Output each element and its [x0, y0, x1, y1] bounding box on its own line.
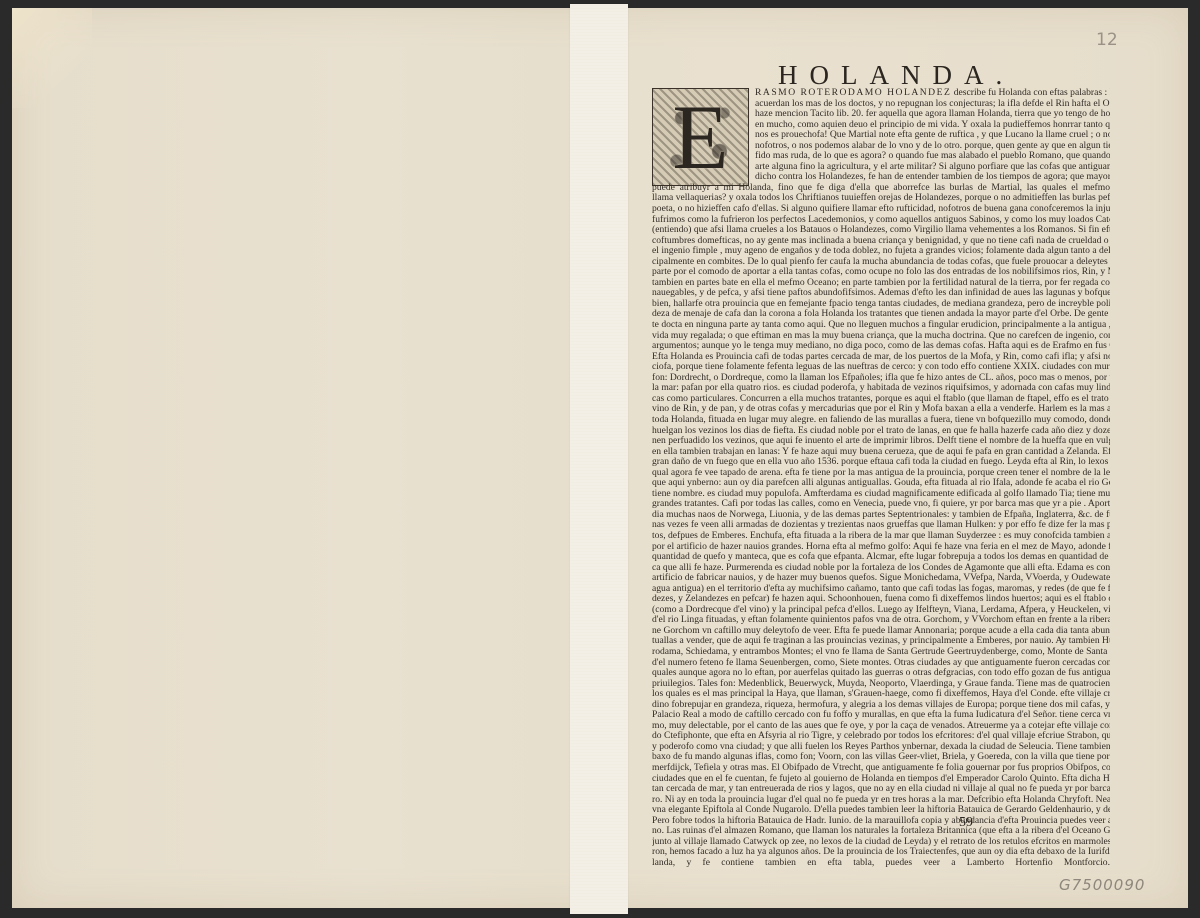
text-line: dicho contra los Holandezes, fe han de e…: [652, 172, 1110, 183]
text-line: d'el rio Linga fituadas, y eftan folamen…: [652, 615, 1110, 626]
text-page: 12 HOLANDA. E RASMO ROTERODAMO HOLANDEZ …: [628, 8, 1188, 908]
text-line: nas vezes fe veen alli armadas de dozien…: [652, 520, 1110, 531]
text-line: dino fobrepujar en grandeza, riqueza, he…: [652, 700, 1110, 711]
lead-in: RASMO ROTERODAMO HOLANDEZ: [755, 88, 951, 98]
text-line: bien, hallarfe otra prouincia que en fem…: [652, 299, 1110, 310]
text-line: nos es prouechofa! Que Martial note efta…: [652, 130, 1110, 141]
page-number: 59: [959, 815, 973, 831]
text-line: el ingenio fimple , muy ageno de engaños…: [652, 246, 1110, 257]
text-line: tiene nombre. es ciudad muy populofa. Am…: [652, 489, 1110, 500]
text-line: Palacio Real a modo de caftillo cercado …: [652, 710, 1110, 721]
text-line: landa, y fe contiene tambien en efta tab…: [652, 858, 1110, 869]
text-line: coftumbres domefticas, no ay gente mas i…: [652, 236, 1110, 247]
text-line: RASMO ROTERODAMO HOLANDEZ describe fu Ho…: [652, 88, 1110, 99]
text-line: nauegables, y de pefca, y afsi tiene paf…: [652, 288, 1110, 299]
text-line: quantidad de quefo y manteca, que es cof…: [652, 552, 1110, 563]
text-line: nen perfuadido los vezinos, que aqui fe …: [652, 436, 1110, 447]
text-line: llama vellaquerias? y oxala todos los Ch…: [652, 193, 1110, 204]
text-line: ca que alli fe haze. Purmerenda es ciuda…: [652, 563, 1110, 574]
text-line: arte alguna fino la agricultura, y el ar…: [652, 162, 1110, 173]
text-line: do Ctefiphonte, que efta en Afsyria al r…: [652, 731, 1110, 742]
text-line: y poderofo como vna ciudad; y que alli f…: [652, 742, 1110, 753]
text-line: ro. Ni ay en toda la prouincia lugar d'e…: [652, 795, 1110, 806]
text-line: (como a Dordrecque d'el vino) y la princ…: [652, 605, 1110, 616]
catalog-number: G7500090: [1059, 876, 1145, 894]
text-line: fufrimos como la fufrieron los perfectos…: [652, 215, 1110, 226]
text-line: tan cercada de mar, y tan entreuerada de…: [652, 784, 1110, 795]
text-line: qual agora fe vee tapado de arena. efta …: [652, 468, 1110, 479]
text-line: te docta en ninguna parte ay tanta como …: [652, 320, 1110, 331]
text-line: deza de menaje de cafa dan la corona a f…: [652, 309, 1110, 320]
text-line: priuilegios. Tales fon: Medenblick, Beue…: [652, 679, 1110, 690]
text-line: que aqui ynberno: aun oy dia parefcen al…: [652, 478, 1110, 489]
body-text: RASMO ROTERODAMO HOLANDEZ describe fu Ho…: [652, 88, 1110, 868]
text-line: en mucho, como aquien deuo el principio …: [652, 120, 1110, 131]
text-line: puede atribuyr a mi Holanda, fino que fe…: [652, 183, 1110, 194]
text-line: haze mencion Tacito lib. 20. fer aquella…: [652, 109, 1110, 120]
text-line: dia muchas naos de Norwega, Liuonia, y d…: [652, 510, 1110, 521]
text-line: vna elegante Epiftola al Conde Nugarolo.…: [652, 805, 1110, 816]
text-line: (entiendo) que afsi llama crueles a los …: [652, 225, 1110, 236]
text-line: dezes, y Zelandezes en pefcar) fe hazen …: [652, 594, 1110, 605]
text-line: grandes tratantes. Cafi por todas las ca…: [652, 499, 1110, 510]
text-line: junto al villaje llamado Catwyck op zee,…: [652, 837, 1110, 848]
text-line: toda Holanda, fituada en lugar muy alegr…: [652, 415, 1110, 426]
text-line: la mar: pafan por ella quatro rios. es c…: [652, 383, 1110, 394]
text-line: artificio de fabricar nauios, y de hazer…: [652, 573, 1110, 584]
text-line: merfdijck, Tefiela y otras mas. El Obifp…: [652, 763, 1110, 774]
text-line: baxo de fu mando algunas iflas, como fon…: [652, 752, 1110, 763]
text-line: Efta Holanda es Prouincia cafi de todas …: [652, 352, 1110, 363]
pencil-annotation: 12: [1096, 30, 1118, 50]
text-line: tambien en partes bate en ella el mefmo …: [652, 278, 1110, 289]
text-line: ron, hemos facado a luz ha ya algunos añ…: [652, 847, 1110, 858]
text-line: tos, defpues de Emberes. Enchufa, efta f…: [652, 531, 1110, 542]
text-line: parte por el comodo de aportar a ella ta…: [652, 267, 1110, 278]
text-line: cas como particulares. Concurren a ella …: [652, 394, 1110, 405]
text-line: tuallas a vender, que de aqui fe tragina…: [652, 636, 1110, 647]
text-line: ne Gorchom vn caftillo muy deleytofo de …: [652, 626, 1110, 637]
text-line: cipalmente en combites. De lo qual pienf…: [652, 257, 1110, 268]
text-line: ciudades que en el fe cuentan, fe fujeto…: [652, 774, 1110, 785]
text-line: vida muy regalada; o que eftiman en mas …: [652, 331, 1110, 342]
text-line: fon: Dordrecht, o Dordreque, como la lla…: [652, 373, 1110, 384]
text-line: Pero fobre todos la hiftoria Batauica de…: [652, 816, 1110, 827]
text-line: acuerdan los mas de los doctos, y no rep…: [652, 99, 1110, 110]
text-line: agua antigua) en el territorio d'efta ay…: [652, 584, 1110, 595]
blank-left-page: [12, 8, 568, 908]
text-line: huelgan los vezinos los dias de fiefta. …: [652, 426, 1110, 437]
page-title: HOLANDA.: [778, 60, 1014, 91]
atlas-page-spread: 12 HOLANDA. E RASMO ROTERODAMO HOLANDEZ …: [12, 8, 1188, 908]
text-line: por el artificio de hazer nauios grandes…: [652, 542, 1110, 553]
text-line: no. Las ruinas d'el almazen Romano, que …: [652, 826, 1110, 837]
text-line: en ella tambien trabajan en lanas: Y fe …: [652, 447, 1110, 458]
spine-repair-tape: [570, 4, 628, 914]
text-line: ciofa, porque tiene folamente fefenta le…: [652, 362, 1110, 373]
text-line: rodama, Schiedama, y entrambos Montes; e…: [652, 647, 1110, 658]
text-line: vino de Rin, y de pan, y de otras cofas …: [652, 404, 1110, 415]
text-line: d'el numero fetenо fe llama Seuenbergen,…: [652, 658, 1110, 669]
text-line: poeta, o no hizieffen cafo d'ellas. Si a…: [652, 204, 1110, 215]
text-line: los quales es el mas principal la Haya, …: [652, 689, 1110, 700]
text-line: gran daño de vn fuego que en ella vuo añ…: [652, 457, 1110, 468]
text-line: quales aunque agora no lo eftan, por aue…: [652, 668, 1110, 679]
text-line: nofotros, o nos podemos alabar de lo vno…: [652, 141, 1110, 152]
text-line: fido mas ruda, de lo que es agora? o qua…: [652, 151, 1110, 162]
text-line: argumentos; aunque yo le tenga muy media…: [652, 341, 1110, 352]
text-line: mo, muy delectable, por el canto de las …: [652, 721, 1110, 732]
